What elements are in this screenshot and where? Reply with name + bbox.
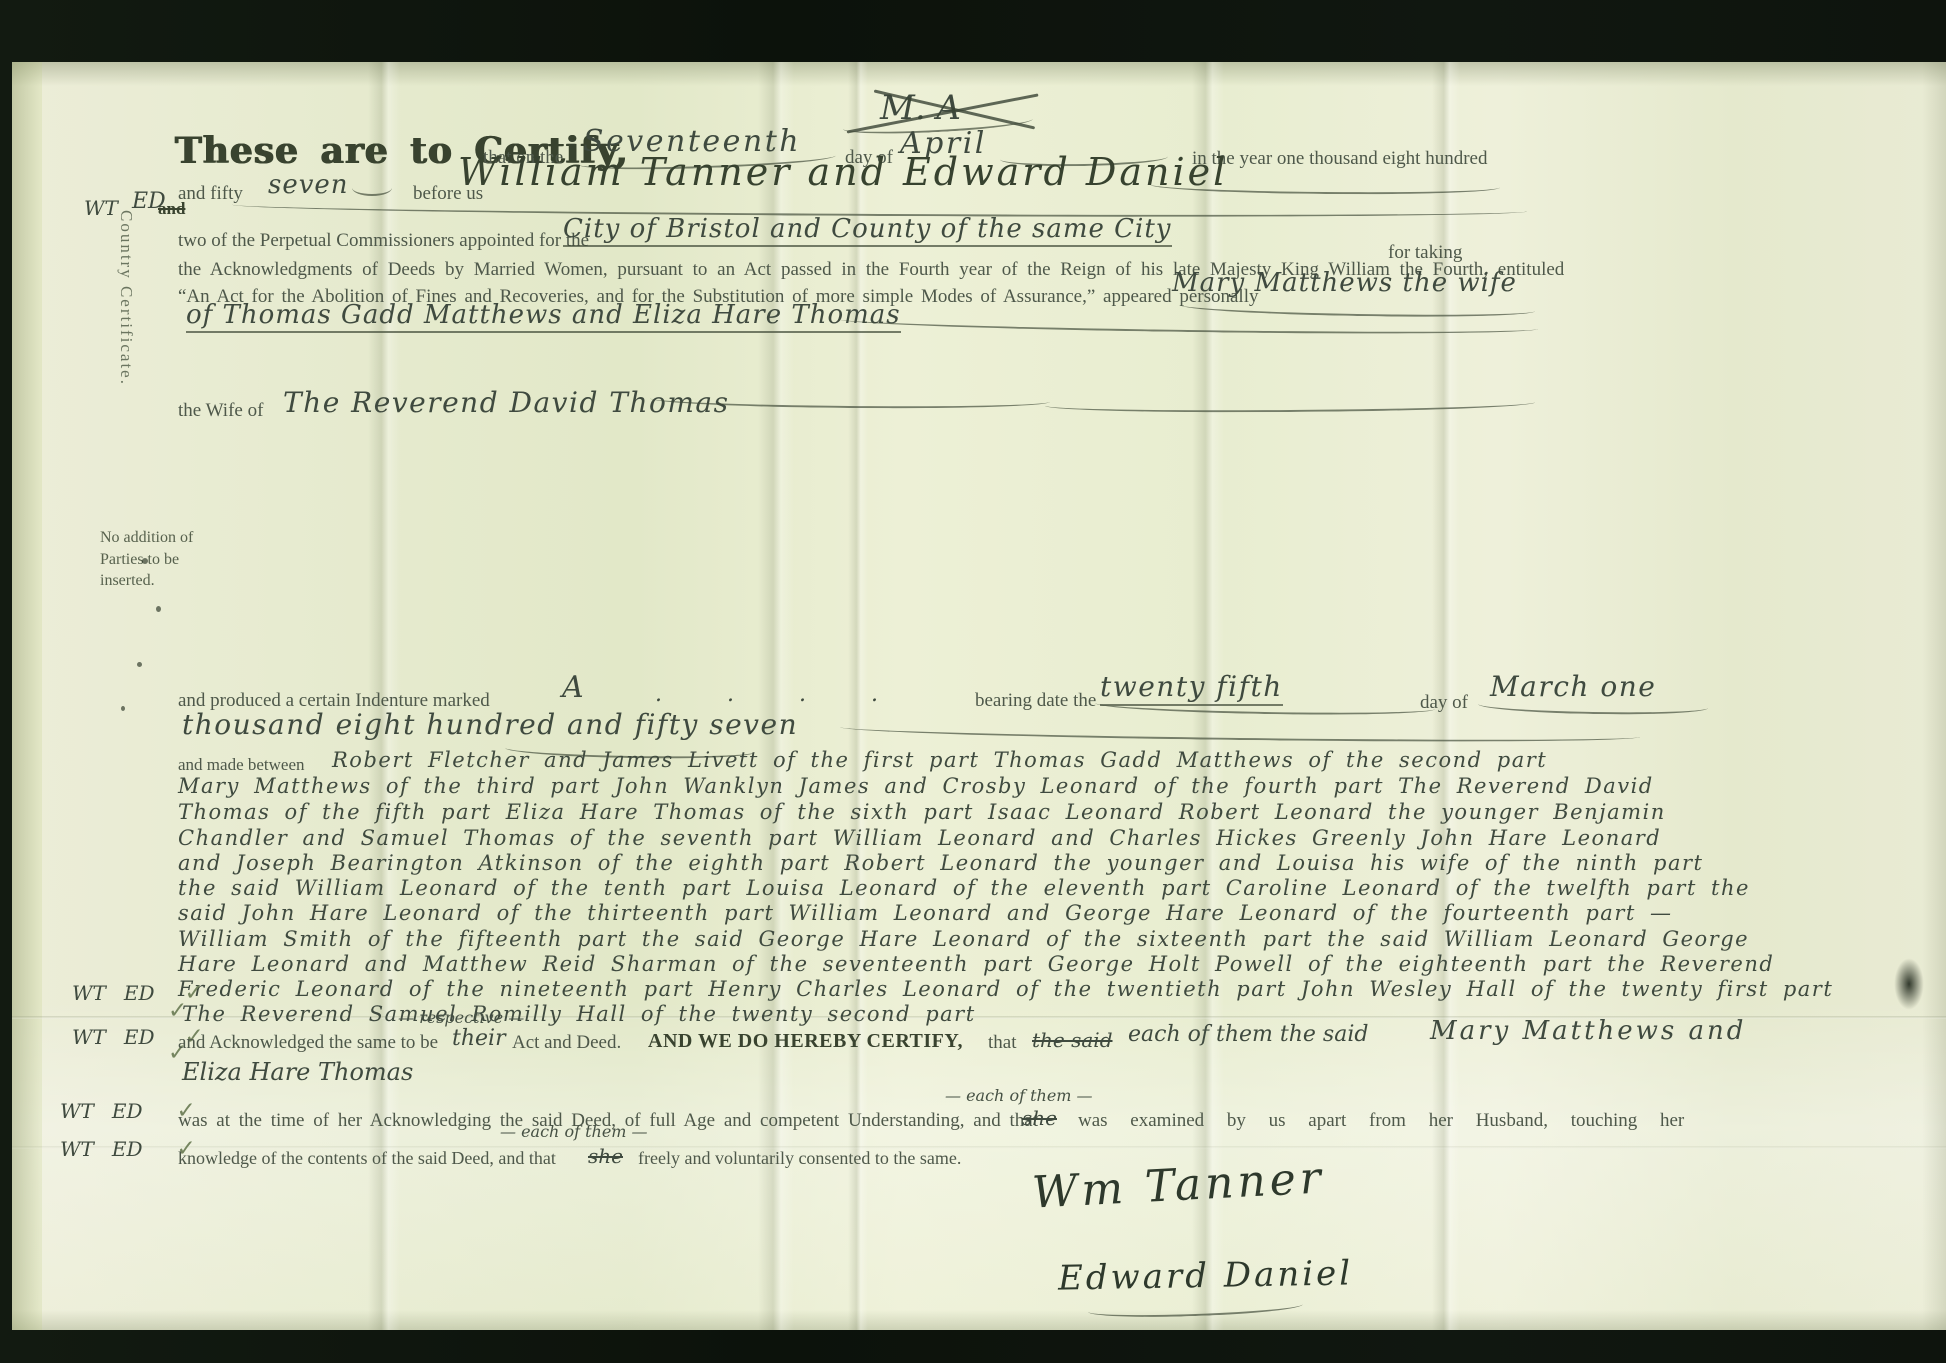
paper-content: M. A These are to Certify, that on the S… bbox=[0, 0, 1946, 1363]
examined-apart-text: was examined by us apart from her Husban… bbox=[1078, 1110, 1684, 1132]
in-the-year-label: in the year one thousand eight hundred bbox=[1192, 148, 1487, 170]
acknowledged-text: and Acknowledged the same to be bbox=[178, 1032, 438, 1054]
paper-speck bbox=[156, 606, 161, 612]
struck-she: she bbox=[1022, 1106, 1057, 1130]
signature-edward-daniel: Edward Daniel bbox=[1058, 1253, 1354, 1298]
parties-line: Frederic Leonard of the nineteenth part … bbox=[178, 977, 1833, 1001]
parties-line: The Reverend Samuel Romilly Hall of the … bbox=[182, 1002, 976, 1026]
initials-ed: ED bbox=[112, 1137, 143, 1161]
ink-rule bbox=[838, 317, 1538, 337]
each-of-them-insertion-2: — each of them — bbox=[500, 1122, 648, 1141]
initials-wt: WT bbox=[60, 1099, 94, 1123]
initials-wt: WT bbox=[60, 1137, 94, 1161]
margin-initials-wt: WT bbox=[84, 196, 118, 220]
initials-ed: ED bbox=[124, 1025, 155, 1049]
scanned-deed-certificate: M. A These are to Certify, that on the S… bbox=[0, 0, 1946, 1363]
handwritten-appearer-2: of Thomas Gadd Matthews and Eliza Hare T… bbox=[186, 300, 901, 333]
handwritten-indenture-month: March one bbox=[1490, 670, 1656, 703]
ink-rule bbox=[840, 725, 1640, 745]
ink-rule bbox=[1180, 303, 1535, 319]
initials-wt: WT bbox=[72, 981, 106, 1005]
handwritten-appearer: Mary Matthews the wife bbox=[1172, 268, 1517, 298]
country-certificate-label: Country Certificate. bbox=[116, 210, 136, 386]
handwritten-year: seven bbox=[268, 170, 349, 200]
handwritten-jurisdiction: City of Bristol and County of the same C… bbox=[563, 214, 1172, 247]
check-mark: ✓ bbox=[185, 980, 204, 1006]
handwritten-their: their bbox=[452, 1026, 506, 1051]
paper-speck bbox=[142, 558, 148, 564]
struck-and-word: and bbox=[158, 199, 185, 219]
spaced-dots: . . . . bbox=[655, 682, 878, 707]
the-wife-of-label: the Wife of bbox=[178, 400, 263, 422]
paper-speck bbox=[121, 706, 125, 711]
parties-line: the said William Leonard of the tenth pa… bbox=[178, 876, 1750, 900]
no-addition-note: No addition of Parties to be inserted. bbox=[100, 527, 215, 592]
perpetual-commissioners-text: two of the Perpetual Commissioners appoi… bbox=[178, 230, 589, 252]
paper-edge-tint bbox=[12, 62, 42, 1330]
handwritten-husband: The Reverend David Thomas bbox=[283, 386, 729, 419]
parties-line: Chandler and Samuel Thomas of the sevent… bbox=[178, 826, 1661, 850]
ink-rule bbox=[1095, 701, 1435, 717]
margin-initial-row: WT ED ✓ bbox=[60, 1136, 196, 1162]
parties-line: Robert Fletcher and James Livett of the … bbox=[332, 748, 1547, 772]
ink-dash bbox=[352, 186, 392, 196]
each-of-them-insertion: — each of them — bbox=[945, 1086, 1093, 1105]
parties-line: Hare Leonard and Matthew Reid Sharman of… bbox=[178, 952, 1774, 976]
consented-text: freely and voluntarily consented to the … bbox=[638, 1148, 961, 1169]
check-mark: ✓ bbox=[168, 998, 187, 1024]
and-made-between-label: and made between bbox=[178, 755, 305, 775]
act-and-deed-text: Act and Deed. bbox=[512, 1032, 621, 1054]
initials-ed: ED bbox=[124, 981, 155, 1005]
parties-line: and Joseph Bearington Atkinson of the ei… bbox=[178, 851, 1703, 875]
signature-william-tanner: Wm Tanner bbox=[1031, 1152, 1326, 1218]
paper-speck bbox=[137, 662, 142, 667]
parchment-paper: M. A These are to Certify, that on the S… bbox=[12, 62, 1946, 1330]
handwritten-indenture-day: twenty fifth bbox=[1100, 670, 1283, 706]
parties-line: Thomas of the fifth part Eliza Hare Thom… bbox=[178, 800, 1666, 824]
we-certify-text: AND WE DO HEREBY CERTIFY, bbox=[648, 1030, 963, 1053]
signature-flourish bbox=[1088, 1302, 1303, 1319]
handwritten-names-2: Eliza Hare Thomas bbox=[182, 1058, 413, 1086]
day-of-label-2: day of bbox=[1420, 692, 1468, 714]
handwritten-names: Mary Matthews and bbox=[1430, 1016, 1746, 1046]
knowledge-text: knowledge of the contents of the said De… bbox=[178, 1148, 556, 1169]
parties-line: Mary Matthews of the third part John Wan… bbox=[178, 774, 1654, 798]
that-word: that bbox=[988, 1032, 1017, 1054]
parties-line: said John Hare Leonard of the thirteenth… bbox=[178, 901, 1672, 925]
ink-rule bbox=[1478, 702, 1708, 716]
parties-line: William Smith of the fifteenth part the … bbox=[178, 927, 1749, 951]
struck-the-said: the said bbox=[1032, 1028, 1113, 1052]
handwritten-each-of-them: each of them the said bbox=[1128, 1022, 1368, 1047]
struck-she-2: she bbox=[588, 1144, 623, 1168]
handwritten-indenture-mark: A bbox=[562, 670, 586, 705]
margin-initial-row: WT ED ✓ bbox=[60, 1098, 196, 1124]
initials-wt: WT bbox=[72, 1025, 106, 1049]
respective-insertion: — respective — bbox=[398, 1008, 524, 1027]
ink-blot bbox=[1894, 958, 1924, 1010]
handwritten-commissioners: William Tanner and Edward Daniel bbox=[458, 150, 1228, 194]
bearing-date-label: bearing date the bbox=[975, 690, 1096, 712]
ink-rule bbox=[1045, 400, 1535, 413]
initials-ed: ED bbox=[112, 1099, 143, 1123]
handwritten-indenture-year: thousand eight hundred and fifty seven bbox=[182, 708, 798, 741]
